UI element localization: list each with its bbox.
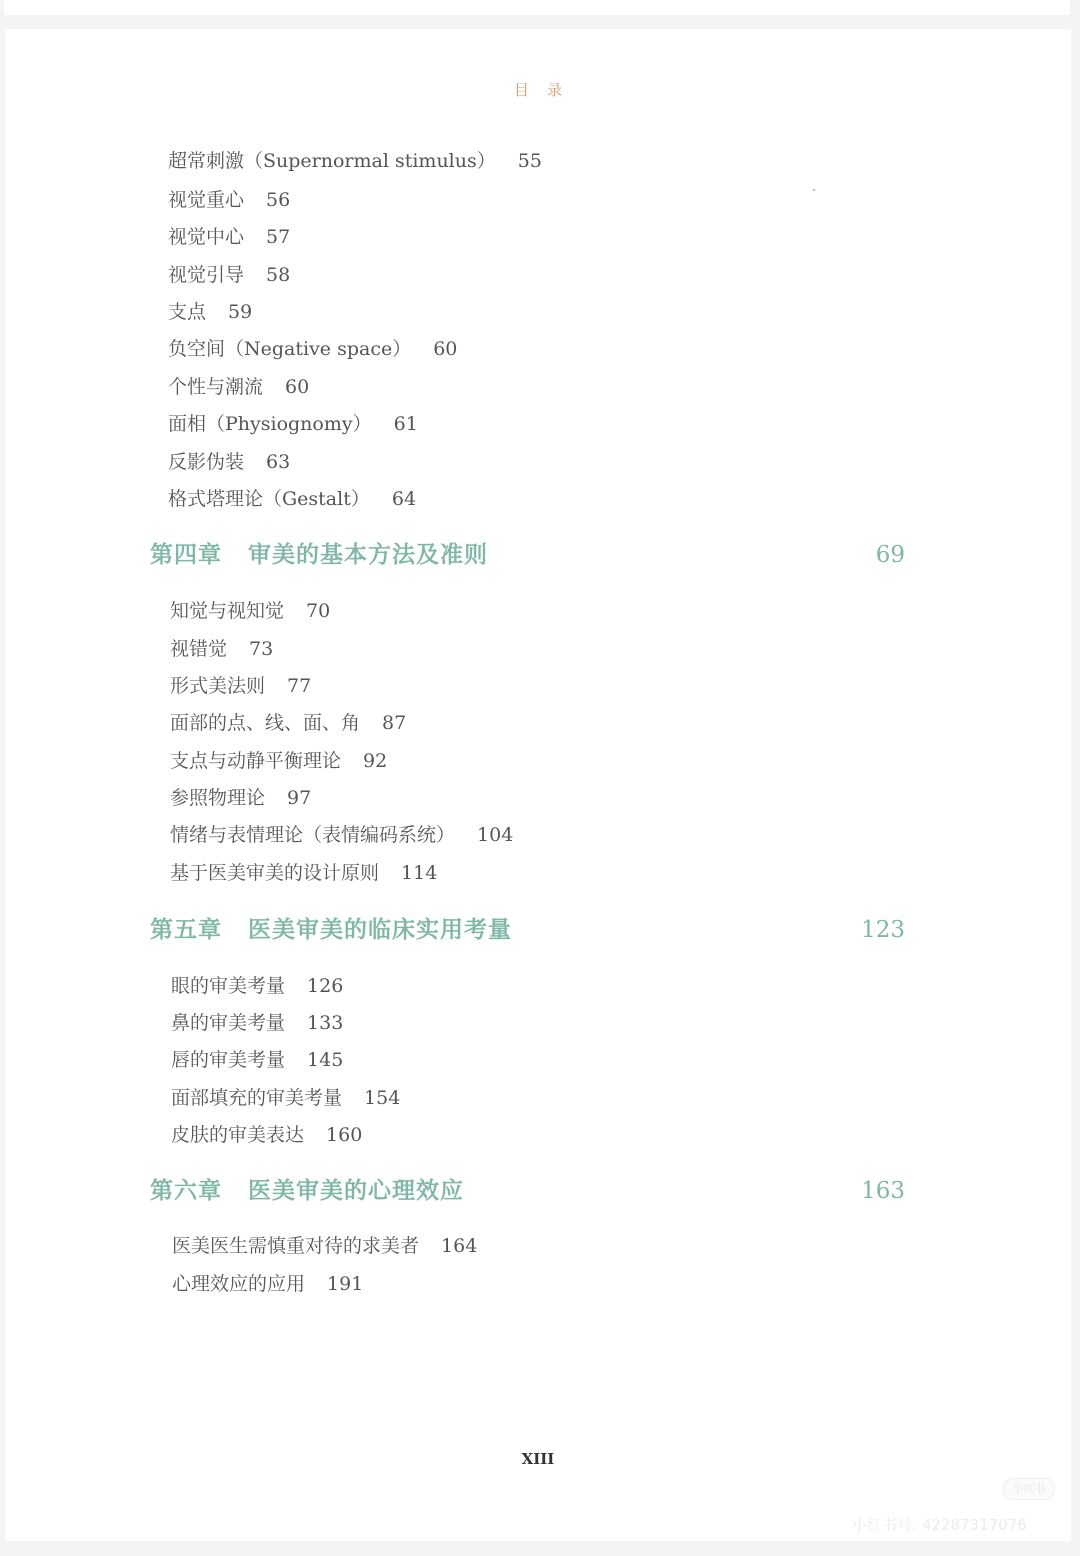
entry-title: 心理效应的应用: [172, 1273, 305, 1295]
entry-page: 164: [441, 1235, 477, 1257]
entry-page: 60: [285, 376, 309, 398]
entry-page: 191: [327, 1273, 363, 1295]
entry-page: 55: [518, 150, 542, 172]
chapter-number: 第五章: [150, 916, 222, 943]
entry-title: 皮肤的审美表达: [171, 1124, 304, 1146]
toc-entry[interactable]: 医美医生需慎重对待的求美者164: [172, 1234, 477, 1258]
entry-title: 反影伪装: [168, 451, 244, 473]
toc-entry[interactable]: 支点与动静平衡理论92: [170, 749, 387, 773]
entry-title: 面部的点、线、面、角: [170, 712, 360, 734]
entry-page: 154: [364, 1087, 400, 1109]
entry-title: 支点: [168, 301, 206, 323]
toc-entry[interactable]: 视错觉73: [170, 637, 273, 661]
entry-page: 92: [363, 750, 387, 772]
chapter-page: 163: [861, 1176, 905, 1206]
toc-entry[interactable]: 心理效应的应用191: [172, 1272, 363, 1296]
toc-entry[interactable]: 反影伪装63: [168, 450, 290, 474]
entry-page: 61: [394, 413, 418, 435]
toc-entry[interactable]: 鼻的审美考量133: [171, 1011, 343, 1035]
entry-title: 情绪与表情理论（表情编码系统）: [170, 824, 455, 846]
toc-entry[interactable]: 知觉与视知觉70: [170, 599, 330, 623]
toc-entry[interactable]: 基于医美审美的设计原则114: [170, 861, 437, 885]
entry-title: 面相（Physiognomy）: [168, 413, 372, 435]
entry-page: 73: [249, 638, 273, 660]
entry-title: 负空间（Negative space）: [168, 338, 411, 360]
entry-title: 基于医美审美的设计原则: [170, 862, 379, 884]
entry-title: 视觉引导: [168, 264, 244, 286]
entry-page: 126: [307, 975, 343, 997]
toc-entry[interactable]: 面部填充的审美考量154: [171, 1086, 400, 1110]
toc-entry[interactable]: 视觉引导58: [168, 263, 290, 287]
watermark-badge: 小红书: [1003, 1478, 1055, 1500]
entry-title: 视觉重心: [168, 189, 244, 211]
toc-entry[interactable]: 超常刺激（Supernormal stimulus）55: [168, 149, 542, 173]
running-head: 目录: [5, 79, 1071, 100]
entry-title: 格式塔理论（Gestalt）: [168, 488, 370, 510]
entry-page: 104: [477, 824, 513, 846]
entry-page: 57: [266, 226, 290, 248]
chapter-title: 医美审美的临床实用考量: [248, 916, 512, 943]
toc-entry[interactable]: 面相（Physiognomy）61: [168, 412, 418, 436]
chapter-heading-4[interactable]: 第四章审美的基本方法及准则69: [150, 540, 905, 570]
entry-title: 知觉与视知觉: [170, 600, 284, 622]
toc-entry[interactable]: 视觉重心56: [168, 188, 290, 212]
entry-title: 参照物理论: [170, 787, 265, 809]
entry-page: 58: [266, 264, 290, 286]
entry-page: 97: [287, 787, 311, 809]
chapter-page: 123: [861, 915, 905, 945]
toc-entry[interactable]: 参照物理论97: [170, 786, 311, 810]
entry-title: 个性与潮流: [168, 376, 263, 398]
chapter-page: 69: [876, 540, 905, 570]
entry-title: 眼的审美考量: [171, 975, 285, 997]
entry-title: 鼻的审美考量: [171, 1012, 285, 1034]
entry-title: 视错觉: [170, 638, 227, 660]
entry-page: 87: [382, 712, 406, 734]
chapter-title: 审美的基本方法及准则: [248, 541, 488, 568]
entry-page: 63: [266, 451, 290, 473]
toc-entry[interactable]: 眼的审美考量126: [171, 974, 343, 998]
chapter-title: 医美审美的心理效应: [248, 1177, 464, 1204]
toc-entry[interactable]: 个性与潮流60: [168, 375, 309, 399]
entry-page: 59: [228, 301, 252, 323]
scan-speck: [813, 189, 815, 191]
entry-title: 超常刺激（Supernormal stimulus）: [168, 150, 496, 172]
entry-page: 60: [433, 338, 457, 360]
page-folio: XIII: [5, 1450, 1071, 1468]
entry-page: 64: [392, 488, 416, 510]
entry-page: 70: [306, 600, 330, 622]
entry-title: 视觉中心: [168, 226, 244, 248]
entry-title: 支点与动静平衡理论: [170, 750, 341, 772]
chapter-heading-6[interactable]: 第六章医美审美的心理效应163: [150, 1176, 905, 1206]
previous-page-edge: [4, 0, 1070, 15]
entry-page: 77: [287, 675, 311, 697]
toc-entry[interactable]: 情绪与表情理论（表情编码系统）104: [170, 823, 513, 847]
entry-title: 医美医生需慎重对待的求美者: [172, 1235, 419, 1257]
toc-entry[interactable]: 形式美法则77: [170, 674, 311, 698]
toc-entry[interactable]: 面部的点、线、面、角87: [170, 711, 406, 735]
entry-title: 唇的审美考量: [171, 1049, 285, 1071]
entry-page: 56: [266, 189, 290, 211]
entry-page: 160: [326, 1124, 362, 1146]
chapter-number: 第六章: [150, 1177, 222, 1204]
toc-entry[interactable]: 视觉中心57: [168, 225, 290, 249]
entry-page: 145: [307, 1049, 343, 1071]
toc-entry[interactable]: 皮肤的审美表达160: [171, 1123, 362, 1147]
entry-page: 114: [401, 862, 437, 884]
entry-title: 形式美法则: [170, 675, 265, 697]
entry-page: 133: [307, 1012, 343, 1034]
chapter-heading-5[interactable]: 第五章医美审美的临床实用考量123: [150, 915, 905, 945]
toc-entry[interactable]: 负空间（Negative space）60: [168, 337, 457, 361]
chapter-number: 第四章: [150, 541, 222, 568]
toc-page: 目录 超常刺激（Supernormal stimulus）55 视觉重心56 视…: [5, 29, 1071, 1541]
watermark-id: 小红书号: 42287317076: [852, 1514, 1027, 1535]
toc-entry[interactable]: 格式塔理论（Gestalt）64: [168, 487, 416, 511]
toc-entry[interactable]: 支点59: [168, 300, 252, 324]
toc-entry[interactable]: 唇的审美考量145: [171, 1048, 343, 1072]
entry-title: 面部填充的审美考量: [171, 1087, 342, 1109]
